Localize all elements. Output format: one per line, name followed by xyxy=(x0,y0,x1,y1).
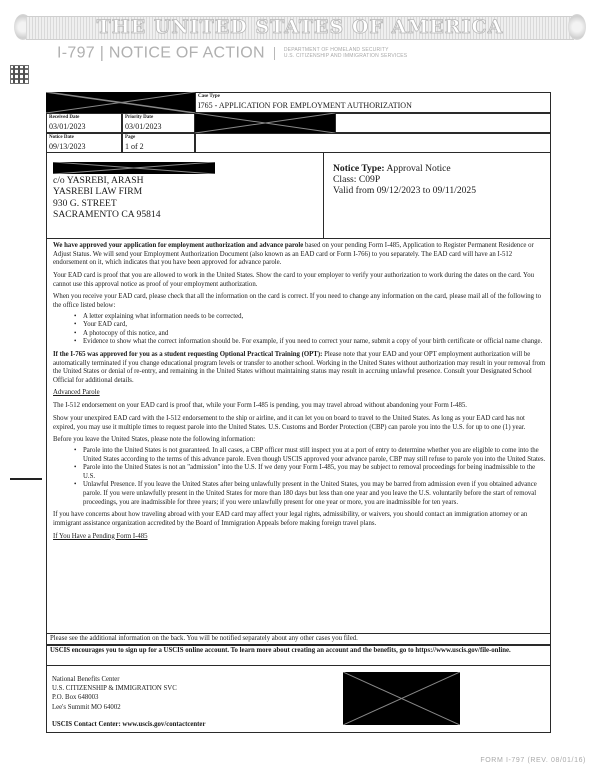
notice-summary: Notice Type: Approval Notice Class: C09P… xyxy=(333,163,476,197)
address-line: 930 G. STREET xyxy=(53,198,161,209)
received-date-cell: Received Date 03/01/2023 xyxy=(46,113,122,133)
page-value: 1 of 2 xyxy=(125,142,144,151)
margin-fold-mark xyxy=(10,478,42,480)
redacted-applicant-name xyxy=(53,162,215,174)
paragraph-i512: The I-512 endorsement on your EAD card i… xyxy=(53,402,546,411)
header-banner: THE UNITED STATES OF AMERICA xyxy=(14,12,586,42)
form-title: I-797 | NOTICE OF ACTION xyxy=(57,44,265,61)
empty-cell xyxy=(195,133,551,153)
notice-type-value: Approval Notice xyxy=(386,163,450,174)
notice-date-value: 09/13/2023 xyxy=(49,142,85,151)
opt-bold: If the I-765 was approved for you as a s… xyxy=(53,351,322,358)
list-item: Parole into the United States is not an … xyxy=(74,464,546,481)
empty-cell xyxy=(335,113,551,133)
redacted-receipt-number xyxy=(46,92,195,113)
paragraph-ead-proof: Your EAD card is proof that you are allo… xyxy=(53,272,546,289)
case-type-value: I765 - APPLICATION FOR EMPLOYMENT AUTHOR… xyxy=(198,101,412,110)
validity-line: Valid from 09/12/2023 to 09/11/2025 xyxy=(333,185,476,196)
received-date-label: Received Date xyxy=(49,115,79,121)
paragraph-travel: Show your unexpired EAD card with the I-… xyxy=(53,415,546,432)
contact-center: USCIS Contact Center: www.uscis.gov/cont… xyxy=(52,721,205,728)
see-back-notice: Please see the additional information on… xyxy=(46,633,551,645)
address-line: SACRAMENTO CA 95814 xyxy=(53,209,161,220)
office-line: U.S. CITIZENSHIP & IMMIGRATION SVC xyxy=(52,684,177,693)
priority-date-value: 03/01/2023 xyxy=(125,122,161,131)
office-line: Lee's Summit MO 64002 xyxy=(52,703,177,712)
online-account-notice: USCIS encourages you to sign up for a US… xyxy=(46,645,551,666)
notice-body: We have approved your application for em… xyxy=(53,242,546,545)
notice-type-label: Notice Type: xyxy=(333,163,385,174)
banner-title: THE UNITED STATES OF AMERICA xyxy=(14,17,586,37)
paragraph-opt: If the I-765 was approved for you as a s… xyxy=(53,351,546,385)
paragraph-corrections: When you receive your EAD card, please c… xyxy=(53,293,546,310)
address-line: c/o YASREBI, ARASH xyxy=(53,175,161,186)
notice-date-cell: Notice Date 09/13/2023 xyxy=(46,133,122,153)
list-item: Parole into the United States is not gua… xyxy=(74,447,546,464)
address-line: YASREBI LAW FIRM xyxy=(53,186,161,197)
travel-warnings-list: Parole into the United States is not gua… xyxy=(53,447,546,507)
office-line: National Benefits Center xyxy=(52,675,177,684)
subheader-divider xyxy=(274,47,275,60)
redacted-applicant-id xyxy=(195,113,335,133)
corrections-list: A letter explaining what information nee… xyxy=(53,313,546,347)
list-item: Evidence to show what the correct inform… xyxy=(74,338,546,347)
list-item: Unlawful Presence. If you leave the Unit… xyxy=(74,481,546,507)
pending-i485-heading: If You Have a Pending Form I-485 xyxy=(53,533,546,542)
redacted-barcode xyxy=(343,672,460,725)
paragraph-concerns: If you have concerns about how traveling… xyxy=(53,511,546,528)
list-item: A photocopy of this notice, and xyxy=(74,330,546,339)
list-item: Your EAD card, xyxy=(74,321,546,330)
received-date-value: 03/01/2023 xyxy=(49,122,85,131)
priority-date-label: Priority Date xyxy=(125,115,153,121)
case-type-label: Case Type xyxy=(198,94,220,100)
paragraph-before-leave: Before you leave the United States, plea… xyxy=(53,436,546,445)
office-address: National Benefits Center U.S. CITIZENSHI… xyxy=(52,675,177,712)
department-name: DEPARTMENT OF HOMELAND SECURITY U.S. CIT… xyxy=(284,47,408,59)
paragraph-approval: We have approved your application for em… xyxy=(53,242,546,268)
department-line-2: U.S. CITIZENSHIP AND IMMIGRATION SERVICE… xyxy=(284,53,408,59)
recipient-address: c/o YASREBI, ARASH YASREBI LAW FIRM 930 … xyxy=(53,175,161,221)
priority-date-cell: Priority Date 03/01/2023 xyxy=(122,113,195,133)
class-line: Class: C09P xyxy=(333,174,476,185)
list-item: A letter explaining what information nee… xyxy=(74,313,546,322)
office-line: P.O. Box 648003 xyxy=(52,693,177,702)
barcode-icon xyxy=(11,66,28,83)
notice-date-label: Notice Date xyxy=(49,135,74,141)
case-type-cell: Case Type I765 - APPLICATION FOR EMPLOYM… xyxy=(195,92,551,113)
form-revision: FORM I-797 (REV. 08/01/16) xyxy=(480,757,586,764)
form-subheader: I-797 | NOTICE OF ACTION DEPARTMENT OF H… xyxy=(57,44,407,62)
page-label: Page xyxy=(125,135,135,141)
advanced-parole-heading: Advanced Parole xyxy=(53,389,546,398)
page-cell: Page 1 of 2 xyxy=(122,133,195,153)
approval-bold: We have approved your application for em… xyxy=(53,242,303,249)
